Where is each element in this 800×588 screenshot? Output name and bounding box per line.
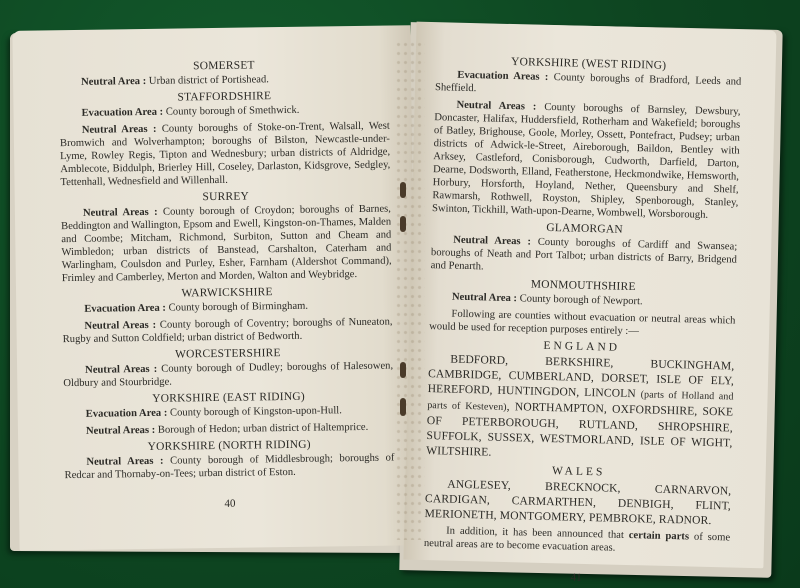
area-type-label: Neutral Area :: [452, 292, 517, 305]
page-number: 40: [65, 496, 395, 513]
area-type-label: Evacuation Area :: [86, 408, 168, 420]
area-type-label: Neutral Areas :: [456, 100, 536, 113]
area-entry: Neutral Areas : County borough of Covent…: [62, 316, 392, 347]
binding-staple: [400, 182, 406, 198]
foxing-spots: [395, 40, 425, 540]
binding-staple: [400, 216, 406, 232]
left-page-sections: SOMERSETNeutral Area : Urban district of…: [59, 58, 395, 483]
reception-intro: Following are counties without evacuatio…: [429, 307, 736, 340]
area-entry: Neutral Area : Urban district of Portish…: [59, 72, 389, 90]
area-type-label: Neutral Areas :: [83, 207, 158, 219]
page-41: YORKSHIRE (WEST RIDING)Evacuation Areas …: [403, 22, 776, 569]
area-description: County boroughs of Barnsley, Dewsbury, D…: [432, 102, 741, 221]
binding-staple: [400, 362, 406, 378]
closing-note: In addition, it has been announced that …: [424, 524, 731, 557]
area-entry: Evacuation Area : County borough of King…: [64, 404, 394, 422]
england-county-list: BEDFORD, BERKSHIRE, BUCKINGHAM, CAMBRIDG…: [426, 351, 735, 465]
open-booklet: SOMERSETNeutral Area : Urban district of…: [0, 0, 800, 588]
area-type-label: Evacuation Area :: [81, 107, 163, 119]
area-type-label: Neutral Areas :: [453, 235, 531, 248]
area-description: County borough of Birmingham.: [166, 301, 308, 314]
area-entry: Evacuation Areas : County boroughs of Br…: [435, 68, 742, 101]
area-type-label: Evacuation Areas :: [457, 70, 548, 83]
area-entry: Neutral Areas : County boroughs of Stoke…: [60, 120, 391, 190]
area-description: County borough of Smethwick.: [163, 105, 299, 118]
area-type-label: Neutral Areas :: [84, 320, 156, 332]
area-type-label: Neutral Area :: [81, 76, 146, 88]
area-description: County borough of Kingston-upon-Hull.: [167, 405, 342, 418]
page-40: SOMERSETNeutral Area : Urban district of…: [12, 25, 417, 551]
wales-county-list: ANGLESEY, BRECKNOCK, CARNARVON, CARDIGAN…: [424, 476, 731, 528]
area-type-label: Neutral Areas :: [86, 456, 163, 468]
area-entry: Neutral Areas : County boroughs of Cardi…: [431, 233, 738, 279]
area-entry: Neutral Areas : County borough of Croydo…: [61, 203, 392, 286]
binding-staple: [400, 398, 406, 416]
area-description: County borough of Newport.: [517, 293, 643, 307]
area-type-label: Neutral Areas :: [82, 124, 157, 136]
area-type-label: Evacuation Area :: [84, 303, 166, 315]
area-entry: Neutral Areas : County boroughs of Barns…: [432, 98, 741, 222]
area-entry: Neutral Areas : County borough of Middle…: [64, 452, 394, 483]
area-description: Urban district of Portishead.: [146, 74, 269, 87]
area-entry: Evacuation Area : County borough of Smet…: [59, 103, 389, 121]
area-type-label: Neutral Areas :: [85, 364, 157, 376]
right-page-sections: YORKSHIRE (WEST RIDING)Evacuation Areas …: [430, 54, 742, 310]
area-entry: Evacuation Area : County borough of Birm…: [62, 299, 392, 317]
area-entry: Neutral Areas : County borough of Dudley…: [63, 360, 393, 391]
area-entry: Neutral Areas : Borough of Hedon; urban …: [64, 421, 394, 439]
area-description: Borough of Hedon; urban district of Halt…: [155, 422, 368, 436]
area-type-label: Neutral Areas :: [86, 425, 155, 437]
